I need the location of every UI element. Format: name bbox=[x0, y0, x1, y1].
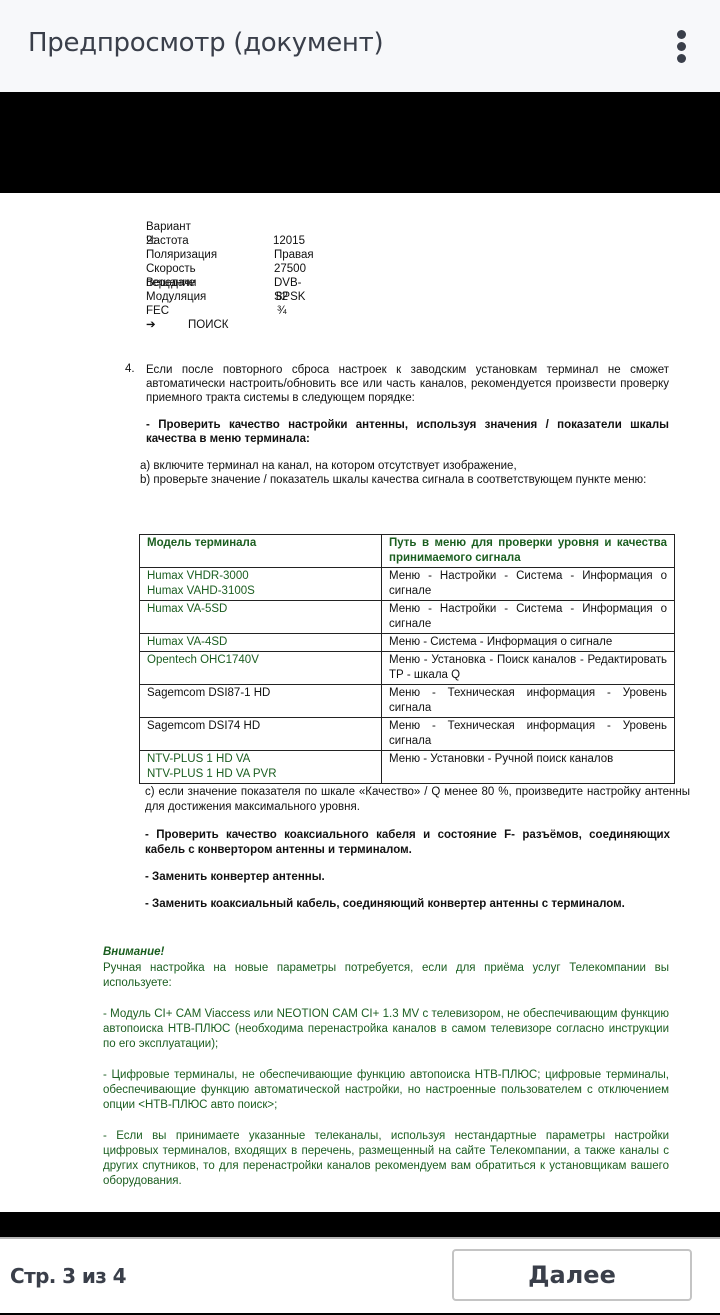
more-vertical-icon-dot bbox=[677, 54, 686, 63]
item4-text: Если после повторного сброса настроек к … bbox=[146, 363, 669, 405]
menu-path: Меню - Техническая информация - Уровень … bbox=[382, 718, 675, 751]
app-title: Предпросмотр (документ) bbox=[28, 28, 383, 58]
step-b: b) проверьте значение / показатель шкалы… bbox=[140, 474, 650, 487]
table-header-cell: Путь в меню для проверки уровня и качест… bbox=[382, 535, 675, 568]
table-row: Humax VA-4SDМеню - Система - Информация … bbox=[140, 634, 675, 652]
page-separator-bottom bbox=[0, 1212, 720, 1237]
table-row: NTV-PLUS 1 HD VANTV-PLUS 1 HD VA PVRМеню… bbox=[140, 751, 675, 784]
terminal-model: NTV-PLUS 1 HD VANTV-PLUS 1 HD VA PVR bbox=[140, 751, 382, 784]
terminal-model: Humax VA-4SD bbox=[140, 634, 382, 652]
param-value: 8PSK bbox=[276, 290, 305, 304]
param-value: Правая bbox=[274, 248, 314, 262]
menu-path: Меню - Настройки - Система - Информация … bbox=[382, 568, 675, 601]
menu-path: Меню - Настройки - Система - Информация … bbox=[382, 601, 675, 634]
table-header-row: Модель терминалаПуть в меню для проверки… bbox=[140, 535, 675, 568]
check-cable: - Проверить качество коаксиального кабел… bbox=[145, 828, 670, 858]
app-bar: Предпросмотр (документ) bbox=[0, 0, 720, 92]
attention-title: Внимание! bbox=[103, 945, 669, 960]
page-separator-top bbox=[0, 92, 720, 193]
attention-item: - Цифровые терминалы, не обеспечивающие … bbox=[103, 1068, 669, 1113]
more-vertical-icon bbox=[677, 30, 686, 39]
table-header-cell: Модель терминала bbox=[140, 535, 382, 568]
replace-cable: - Заменить коаксиальный кабель, соединяю… bbox=[145, 898, 625, 910]
step-c: c) если значение показателя по шкале «Ка… bbox=[145, 785, 690, 815]
table-row: Humax VHDR-3000Humax VAHD-3100SМеню - На… bbox=[140, 568, 675, 601]
table-row: Sagemcom DSI74 HDМеню - Техническая инфо… bbox=[140, 718, 675, 751]
arrow-right-icon: ➔ bbox=[146, 318, 156, 332]
more-vertical-icon-dot bbox=[677, 42, 686, 51]
table-row: Sagemcom DSI87-1 HDМеню - Техническая ин… bbox=[140, 685, 675, 718]
attention-item: - Модуль CI+ CAM Viaccess или NEOTION CA… bbox=[103, 1007, 669, 1052]
terminal-model: Opentech OHC1740V bbox=[140, 652, 382, 685]
param-label: Вещание bbox=[146, 276, 195, 290]
terminal-model: Sagemcom DSI74 HD bbox=[140, 718, 382, 751]
param-label: Поляризация bbox=[146, 248, 217, 262]
param-label: Модуляция bbox=[146, 290, 206, 304]
document-page[interactable]: Вариант 2: Частота12015 ПоляризацияПрава… bbox=[0, 193, 720, 1212]
more-options-button[interactable] bbox=[664, 26, 700, 66]
param-value: ¾ bbox=[277, 304, 287, 318]
menu-path: Меню - Установка - Поиск каналов - Редак… bbox=[382, 652, 675, 685]
terminal-model: Humax VA-5SD bbox=[140, 601, 382, 634]
param-label: FEC bbox=[146, 304, 169, 318]
menu-path: Меню - Техническая информация - Уровень … bbox=[382, 685, 675, 718]
table-row: Opentech OHC1740VМеню - Установка - Поис… bbox=[140, 652, 675, 685]
table-row: Humax VA-5SDМеню - Настройки - Система -… bbox=[140, 601, 675, 634]
bottom-bar: Стр. 3 из 4 Далее bbox=[0, 1239, 720, 1315]
page-indicator: Стр. 3 из 4 bbox=[10, 1264, 126, 1288]
param-label: Частота bbox=[146, 234, 189, 248]
terminal-model: Humax VHDR-3000Humax VAHD-3100S bbox=[140, 568, 382, 601]
item-number: 4. bbox=[125, 363, 135, 375]
menu-path: Меню - Установки - Ручной поиск каналов bbox=[382, 751, 675, 784]
replace-converter: - Заменить конвертер антенны. bbox=[145, 871, 325, 883]
attention-item: - Если вы принимаете указанные телеканал… bbox=[103, 1129, 669, 1189]
terminal-model: Sagemcom DSI87-1 HD bbox=[140, 685, 382, 718]
step-a: a) включите терминал на канал, на которо… bbox=[140, 460, 517, 473]
attention-intro: Ручная настройка на новые параметры потр… bbox=[103, 961, 669, 991]
search-label: ПОИСК bbox=[188, 318, 228, 332]
param-value: 12015 bbox=[273, 234, 305, 248]
check-antenna-heading: - Проверить качество настройки антенны, … bbox=[146, 418, 669, 446]
terminal-menu-table: Модель терминалаПуть в меню для проверки… bbox=[139, 534, 675, 784]
next-button[interactable]: Далее bbox=[452, 1249, 692, 1301]
param-value: 27500 bbox=[274, 262, 306, 276]
menu-path: Меню - Система - Информация о сигнале bbox=[382, 634, 675, 652]
